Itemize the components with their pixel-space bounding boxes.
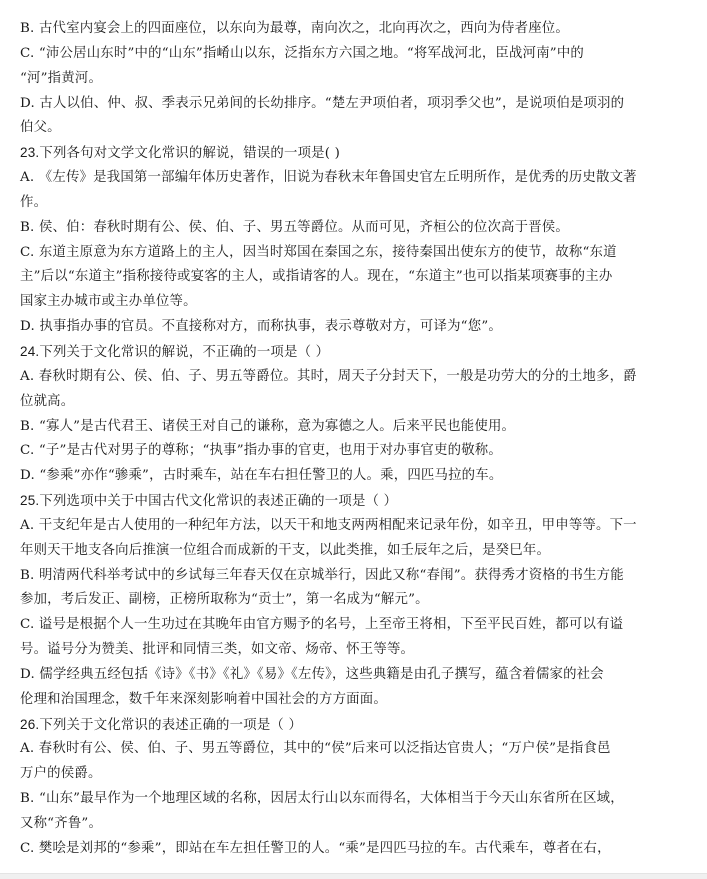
line-text: B. “山东”最早作为一个地理区域的名称，因居太行山以东而得名，大体相当于今天山… — [20, 791, 624, 806]
line-text: A. 《左传》是我国第一部编年体历史著作，旧说为春秋末年鲁国史官左丘明所作，是优… — [20, 170, 637, 185]
answer-option: B. “寡人”是古代君王、诸侯王对自己的谦称，意为寡德之人。后来平民也能使用。 — [20, 415, 660, 440]
question-number: 23. — [20, 145, 39, 160]
line-text: 年则天干地支各向后推演一位组合而成新的干支，以此类推，如壬辰年之后，是癸巳年。 — [20, 543, 550, 558]
answer-option: A. 《左传》是我国第一部编年体历史著作，旧说为春秋末年鲁国史官左丘明所作，是优… — [20, 166, 660, 216]
line-text: 国家主办城市或主办单位等。 — [20, 294, 197, 309]
text-line: 又称“齐鲁”。 — [20, 812, 660, 837]
text-line: 23.下列各句对文学文化常识的解说，错误的一项是( ) — [20, 141, 660, 166]
page-bottom-edge — [0, 873, 707, 879]
text-line: C. “子”是古代对男子的尊称；“执事”指办事的官吏，也用于对办事官吏的敬称。 — [20, 439, 660, 464]
answer-option: B. 古代室内宴会上的四面座位，以东向为最尊，南向次之，北向再次之，西向为侍者座… — [20, 17, 660, 42]
line-text: B. “寡人”是古代君王、诸侯王对自己的谦称，意为寡德之人。后来平民也能使用。 — [20, 419, 515, 434]
text-line: C. 樊哙是刘邦的“参乘”，即站在车左担任警卫的人。“乘”是四匹马拉的车。古代乘… — [20, 837, 660, 862]
question-stem: 26.下列关于文化常识的表述正确的一项是（ ） — [20, 713, 660, 738]
text-line: D. 执事指办事的官员。不直接称对方，而称执事，表示尊敬对方，可译为“您”。 — [20, 315, 660, 340]
answer-option: C. 东道主原意为东方道路上的主人，因当时郑国在秦国之东，接待秦国出使东方的使节… — [20, 241, 660, 316]
answer-option: D. “参乘”亦作“骖乘”，古时乘车，站在车右担任警卫的人。乘，四匹马拉的车。 — [20, 464, 660, 489]
text-line: B. 古代室内宴会上的四面座位，以东向为最尊，南向次之，北向再次之，西向为侍者座… — [20, 17, 660, 42]
text-line: 作。 — [20, 191, 660, 216]
answer-option: C. “沛公居山东时”中的“山东”指崤山以东，泛指东方六国之地。“将军战河北，臣… — [20, 42, 660, 92]
line-text: C. 谥号是根据个人一生功过在其晚年由官方赐予的名号，上至帝王将相，下至平民百姓… — [20, 617, 623, 632]
line-text: B. 古代室内宴会上的四面座位，以东向为最尊，南向次之，北向再次之，西向为侍者座… — [20, 21, 569, 36]
line-text: 号。谥号分为赞美、批评和同情三类，如文帝、炀帝、怀王等等。 — [20, 642, 414, 657]
text-line: 年则天干地支各向后推演一位组合而成新的干支，以此类推，如壬辰年之后，是癸巳年。 — [20, 539, 660, 564]
line-text: C. “沛公居山东时”中的“山东”指崤山以东，泛指东方六国之地。“将军战河北，臣… — [20, 46, 584, 61]
question-stem: 25.下列选项中关于中国古代文化常识的表述正确的一项是（ ） — [20, 489, 660, 514]
line-text: C. “子”是古代对男子的尊称；“执事”指办事的官吏，也用于对办事官吏的敬称。 — [20, 443, 502, 458]
line-text: 参加，考后发正、副榜，正榜所取称为“贡士”，第一名成为“解元”。 — [20, 592, 429, 607]
line-text: 下列关于文化常识的表述正确的一项是（ ） — [39, 718, 302, 733]
document-content: B. 古代室内宴会上的四面座位，以东向为最尊，南向次之，北向再次之，西向为侍者座… — [20, 17, 660, 862]
text-line: 参加，考后发正、副榜，正榜所取称为“贡士”，第一名成为“解元”。 — [20, 588, 660, 613]
line-text: 下列选项中关于中国古代文化常识的表述正确的一项是（ ） — [39, 494, 397, 509]
line-text: D. 儒学经典五经包括《诗》《书》《礼》《易》《左传》，这些典籍是由孔子撰写，蕴… — [20, 667, 604, 682]
document-page: B. 古代室内宴会上的四面座位，以东向为最尊，南向次之，北向再次之，西向为侍者座… — [0, 0, 707, 873]
line-text: 伦理和治国理念，数千年来深刻影响着中国社会的方方面面。 — [20, 692, 387, 707]
answer-option: A. 春秋时有公、侯、伯、子、男五等爵位，其中的“侯”后来可以泛指达官贵人；“万… — [20, 737, 660, 787]
text-line: C. 谥号是根据个人一生功过在其晚年由官方赐予的名号，上至帝王将相，下至平民百姓… — [20, 613, 660, 638]
text-line: “河”指黄河。 — [20, 67, 660, 92]
line-text: 伯父。 — [20, 120, 61, 135]
answer-option: D. 儒学经典五经包括《诗》《书》《礼》《易》《左传》，这些典籍是由孔子撰写，蕴… — [20, 663, 660, 713]
line-text: D. 执事指办事的官员。不直接称对方，而称执事，表示尊敬对方，可译为“您”。 — [20, 319, 502, 334]
line-text: A. 春秋时期有公、侯、伯、子、男五等爵位。其时，周天子分封天下，一般是功劳大的… — [20, 369, 637, 384]
line-text: 下列各句对文学文化常识的解说，错误的一项是( ) — [39, 146, 340, 161]
line-text: A. 干支纪年是古人使用的一种纪年方法，以天干和地支两两相配来记录年份，如辛丑，… — [20, 518, 637, 533]
text-line: B. “寡人”是古代君王、诸侯王对自己的谦称，意为寡德之人。后来平民也能使用。 — [20, 415, 660, 440]
answer-option: B. “山东”最早作为一个地理区域的名称，因居太行山以东而得名，大体相当于今天山… — [20, 787, 660, 837]
question-stem: 23.下列各句对文学文化常识的解说，错误的一项是( ) — [20, 141, 660, 166]
line-text: “河”指黄河。 — [20, 71, 102, 86]
question-number: 24. — [20, 344, 39, 359]
line-text: 下列关于文化常识的解说，不正确的一项是（ ） — [39, 345, 329, 360]
text-line: 国家主办城市或主办单位等。 — [20, 290, 660, 315]
text-line: 位就高。 — [20, 390, 660, 415]
text-line: D. 儒学经典五经包括《诗》《书》《礼》《易》《左传》，这些典籍是由孔子撰写，蕴… — [20, 663, 660, 688]
line-text: C. 樊哙是刘邦的“参乘”，即站在车左担任警卫的人。“乘”是四匹马拉的车。古代乘… — [20, 841, 611, 856]
text-line: 24.下列关于文化常识的解说，不正确的一项是（ ） — [20, 340, 660, 365]
question-stem: 24.下列关于文化常识的解说，不正确的一项是（ ） — [20, 340, 660, 365]
line-text: 又称“齐鲁”。 — [20, 816, 102, 831]
question-number: 26. — [20, 717, 39, 732]
question-number: 25. — [20, 493, 39, 508]
line-text: 作。 — [20, 195, 47, 210]
text-line: B. 明清两代科举考试中的乡试每三年春天仅在京城举行，因此又称“春闱”。获得秀才… — [20, 564, 660, 589]
answer-option: C. 樊哙是刘邦的“参乘”，即站在车左担任警卫的人。“乘”是四匹马拉的车。古代乘… — [20, 837, 660, 862]
text-line: 伦理和治国理念，数千年来深刻影响着中国社会的方方面面。 — [20, 688, 660, 713]
text-line: 26.下列关于文化常识的表述正确的一项是（ ） — [20, 713, 660, 738]
answer-option: A. 干支纪年是古人使用的一种纪年方法，以天干和地支两两相配来记录年份，如辛丑，… — [20, 514, 660, 564]
text-line: 25.下列选项中关于中国古代文化常识的表述正确的一项是（ ） — [20, 489, 660, 514]
text-line: A. 春秋时期有公、侯、伯、子、男五等爵位。其时，周天子分封天下，一般是功劳大的… — [20, 365, 660, 390]
line-text: C. 东道主原意为东方道路上的主人，因当时郑国在秦国之东，接待秦国出使东方的使节… — [20, 245, 617, 260]
answer-option: C. 谥号是根据个人一生功过在其晚年由官方赐予的名号，上至帝王将相，下至平民百姓… — [20, 613, 660, 663]
answer-option: B. 侯、伯：春秋时期有公、侯、伯、子、男五等爵位。从而可见，齐桓公的位次高于晋… — [20, 216, 660, 241]
answer-option: A. 春秋时期有公、侯、伯、子、男五等爵位。其时，周天子分封天下，一般是功劳大的… — [20, 365, 660, 415]
line-text: 位就高。 — [20, 394, 74, 409]
text-line: 伯父。 — [20, 116, 660, 141]
line-text: 主”后以“东道主”指称接待或宴客的主人，或指请客的人。现在，“东道主”也可以指某… — [20, 269, 612, 284]
answer-option: B. 明清两代科举考试中的乡试每三年春天仅在京城举行，因此又称“春闱”。获得秀才… — [20, 564, 660, 614]
line-text: 万户的侯爵。 — [20, 766, 102, 781]
text-line: C. 东道主原意为东方道路上的主人，因当时郑国在秦国之东，接待秦国出使东方的使节… — [20, 241, 660, 266]
text-line: A. 《左传》是我国第一部编年体历史著作，旧说为春秋末年鲁国史官左丘明所作，是优… — [20, 166, 660, 191]
text-line: 号。谥号分为赞美、批评和同情三类，如文帝、炀帝、怀王等等。 — [20, 638, 660, 663]
answer-option: C. “子”是古代对男子的尊称；“执事”指办事的官吏，也用于对办事官吏的敬称。 — [20, 439, 660, 464]
text-line: 万户的侯爵。 — [20, 762, 660, 787]
text-line: 主”后以“东道主”指称接待或宴客的主人，或指请客的人。现在，“东道主”也可以指某… — [20, 265, 660, 290]
answer-option: D. 古人以伯、仲、叔、季表示兄弟间的长幼排序。“楚左尹项伯者，项羽季父也”，是… — [20, 92, 660, 142]
line-text: B. 明清两代科举考试中的乡试每三年春天仅在京城举行，因此又称“春闱”。获得秀才… — [20, 568, 624, 583]
line-text: A. 春秋时有公、侯、伯、子、男五等爵位，其中的“侯”后来可以泛指达官贵人；“万… — [20, 741, 611, 756]
text-line: A. 干支纪年是古人使用的一种纪年方法，以天干和地支两两相配来记录年份，如辛丑，… — [20, 514, 660, 539]
text-line: B. “山东”最早作为一个地理区域的名称，因居太行山以东而得名，大体相当于今天山… — [20, 787, 660, 812]
line-text: B. 侯、伯：春秋时期有公、侯、伯、子、男五等爵位。从而可见，齐桓公的位次高于晋… — [20, 220, 569, 235]
text-line: D. 古人以伯、仲、叔、季表示兄弟间的长幼排序。“楚左尹项伯者，项羽季父也”，是… — [20, 92, 660, 117]
text-line: A. 春秋时有公、侯、伯、子、男五等爵位，其中的“侯”后来可以泛指达官贵人；“万… — [20, 737, 660, 762]
text-line: B. 侯、伯：春秋时期有公、侯、伯、子、男五等爵位。从而可见，齐桓公的位次高于晋… — [20, 216, 660, 241]
text-line: C. “沛公居山东时”中的“山东”指崤山以东，泛指东方六国之地。“将军战河北，臣… — [20, 42, 660, 67]
text-line: D. “参乘”亦作“骖乘”，古时乘车，站在车右担任警卫的人。乘，四匹马拉的车。 — [20, 464, 660, 489]
answer-option: D. 执事指办事的官员。不直接称对方，而称执事，表示尊敬对方，可译为“您”。 — [20, 315, 660, 340]
line-text: D. 古人以伯、仲、叔、季表示兄弟间的长幼排序。“楚左尹项伯者，项羽季父也”，是… — [20, 96, 624, 111]
line-text: D. “参乘”亦作“骖乘”，古时乘车，站在车右担任警卫的人。乘，四匹马拉的车。 — [20, 468, 502, 483]
